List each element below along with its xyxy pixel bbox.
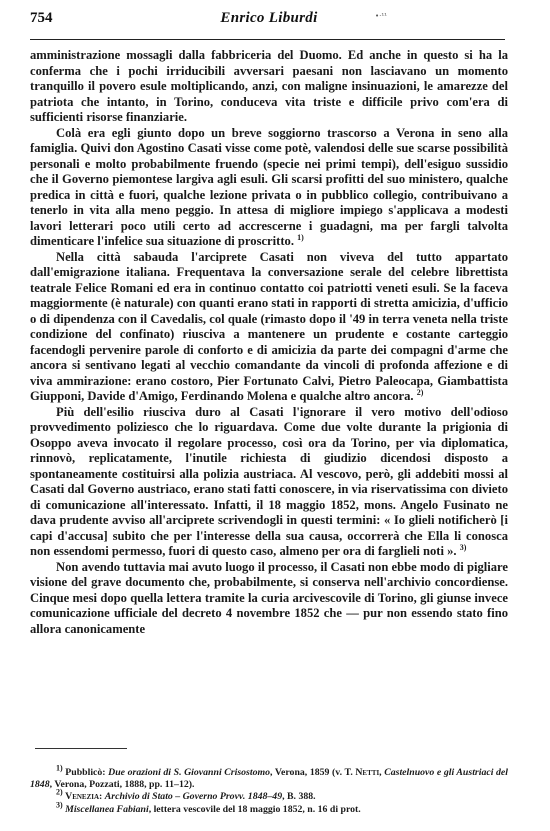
- running-title: Enrico Liburdi: [30, 10, 508, 27]
- paragraph-4: Più dell'esilio riusciva duro al Casati …: [30, 405, 508, 560]
- paragraph-1: amministrazione mossagli dalla fabbricer…: [30, 48, 508, 126]
- running-head: 754 Enrico Liburdi •·¹¹: [30, 6, 508, 32]
- footnote-1: 1) Pubblicò: Due orazioni di S. Giovanni…: [30, 767, 508, 791]
- footnote-rule: [35, 748, 127, 749]
- paragraph-3: Nella città sabauda l'arciprete Casati n…: [30, 250, 508, 405]
- footnote-ref-3[interactable]: 3): [460, 543, 467, 552]
- footnote-ref-2[interactable]: 2): [417, 388, 424, 397]
- footnote-ref-1[interactable]: 1): [297, 233, 304, 242]
- footnote-number: 2): [56, 788, 63, 797]
- paragraph-2: Colà era egli giunto dopo un breve soggi…: [30, 126, 508, 250]
- footnote-number: 1): [56, 764, 63, 773]
- footnote-3: 3) Miscellanea Fabiani, lettera vescovil…: [30, 804, 508, 816]
- footnote-number: 3): [56, 800, 63, 809]
- paragraph-5: Non avendo tuttavia mai avuto luogo il p…: [30, 560, 508, 638]
- footnotes: 1) Pubblicò: Due orazioni di S. Giovanni…: [30, 767, 508, 816]
- body-text: amministrazione mossagli dalla fabbricer…: [30, 48, 508, 637]
- marginal-mark: •·¹¹: [375, 12, 387, 20]
- header-rule: [30, 39, 505, 40]
- footnote-2: 2) Venezia: Archivio di Stato – Governo …: [30, 791, 508, 803]
